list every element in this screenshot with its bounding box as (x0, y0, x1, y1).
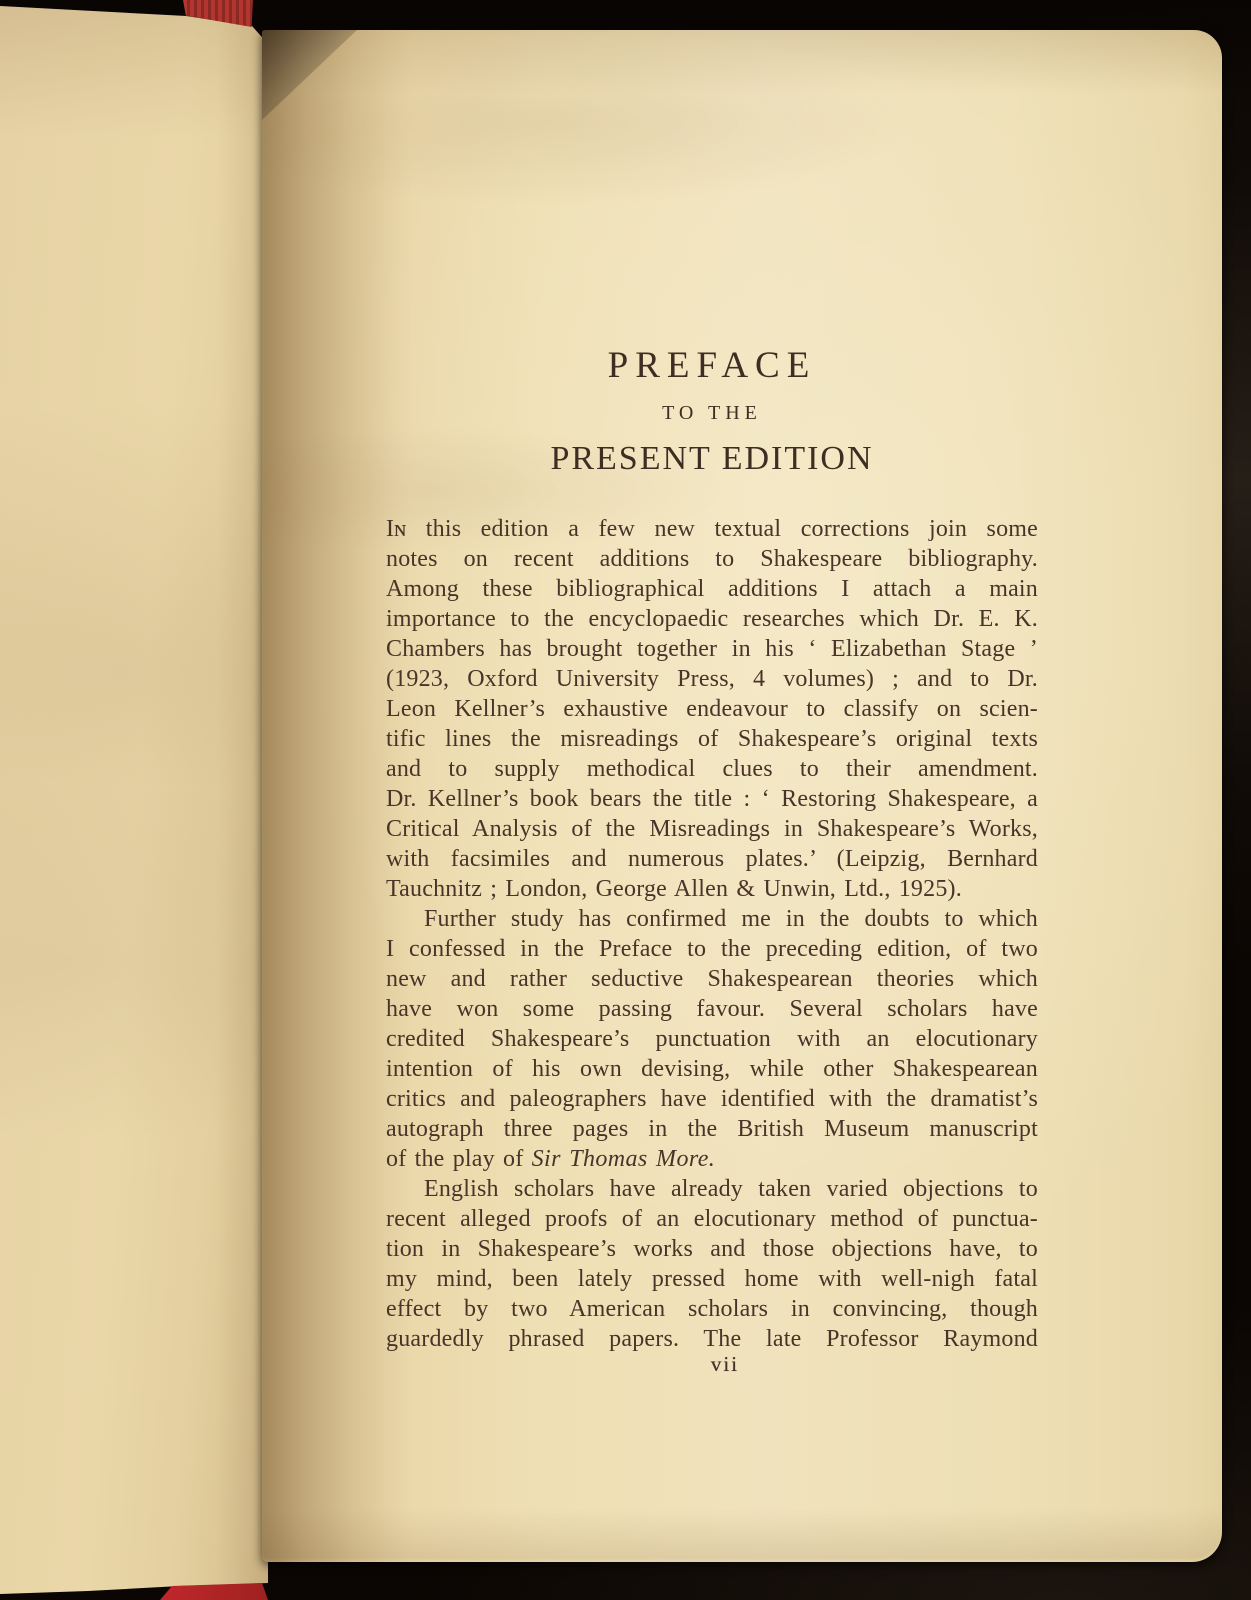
text-line: guardedly phrased papers. The late Profe… (386, 1324, 1038, 1354)
text-line: of the play of Sir Thomas More. (386, 1144, 1038, 1174)
text-line: effect by two American scholars in convi… (386, 1294, 1038, 1324)
text-line: critics and paleographers have identifie… (386, 1084, 1038, 1114)
preface-subtitle-present-edition: PRESENT EDITION (386, 440, 1038, 478)
book-photo: PREFACE TO THE PRESENT EDITION Iɴ this e… (0, 0, 1251, 1600)
preface-title: PREFACE (386, 344, 1038, 387)
text-line: have won some passing favour. Several sc… (386, 994, 1038, 1024)
text-line: credited Shakespeare’s punctuation with … (386, 1024, 1038, 1054)
text-line: Iɴ this edition a few new textual correc… (386, 514, 1038, 544)
text-line: Further study has confirmed me in the do… (386, 904, 1038, 934)
preface-text: Iɴ this edition a few new textual correc… (386, 514, 1038, 1354)
text-line: tific lines the misreadings of Shakespea… (386, 724, 1038, 754)
text-line: Among these bibliographical additions I … (386, 574, 1038, 604)
text-line: notes on recent additions to Shakespeare… (386, 544, 1038, 574)
text-line: tion in Shakespeare’s works and those ob… (386, 1234, 1038, 1264)
preface-subtitle-to-the: TO THE (386, 402, 1038, 425)
text-line: Leon Kellner’s exhaustive endeavour to c… (386, 694, 1038, 724)
text-line: recent alleged proofs of an elocutionary… (386, 1204, 1038, 1234)
text-line: new and rather seductive Shakespearean t… (386, 964, 1038, 994)
text-line: Critical Analysis of the Misreadings in … (386, 814, 1038, 844)
text-line: I confessed in the Preface to the preced… (386, 934, 1038, 964)
text-line: my mind, been lately pressed home with w… (386, 1264, 1038, 1294)
text-line: (1923, Oxford University Press, 4 volume… (386, 664, 1038, 694)
text-line: and to supply methodical clues to their … (386, 754, 1038, 784)
text-line: intention of his own devising, while oth… (386, 1054, 1038, 1084)
page-content: PREFACE TO THE PRESENT EDITION Iɴ this e… (0, 0, 1251, 1600)
text-line: autograph three pages in the British Mus… (386, 1114, 1038, 1144)
text-line: Chambers has brought together in his ‘ E… (386, 634, 1038, 664)
text-line: Tauchnitz ; London, George Allen & Unwin… (386, 874, 1038, 904)
text-line: importance to the encyclopaedic research… (386, 604, 1038, 634)
text-line: with facsimiles and numerous plates.’ (L… (386, 844, 1038, 874)
text-line: Dr. Kellner’s book bears the title : ‘ R… (386, 784, 1038, 814)
text-line: English scholars have already taken vari… (386, 1174, 1038, 1204)
page-number: vii (660, 1352, 790, 1377)
